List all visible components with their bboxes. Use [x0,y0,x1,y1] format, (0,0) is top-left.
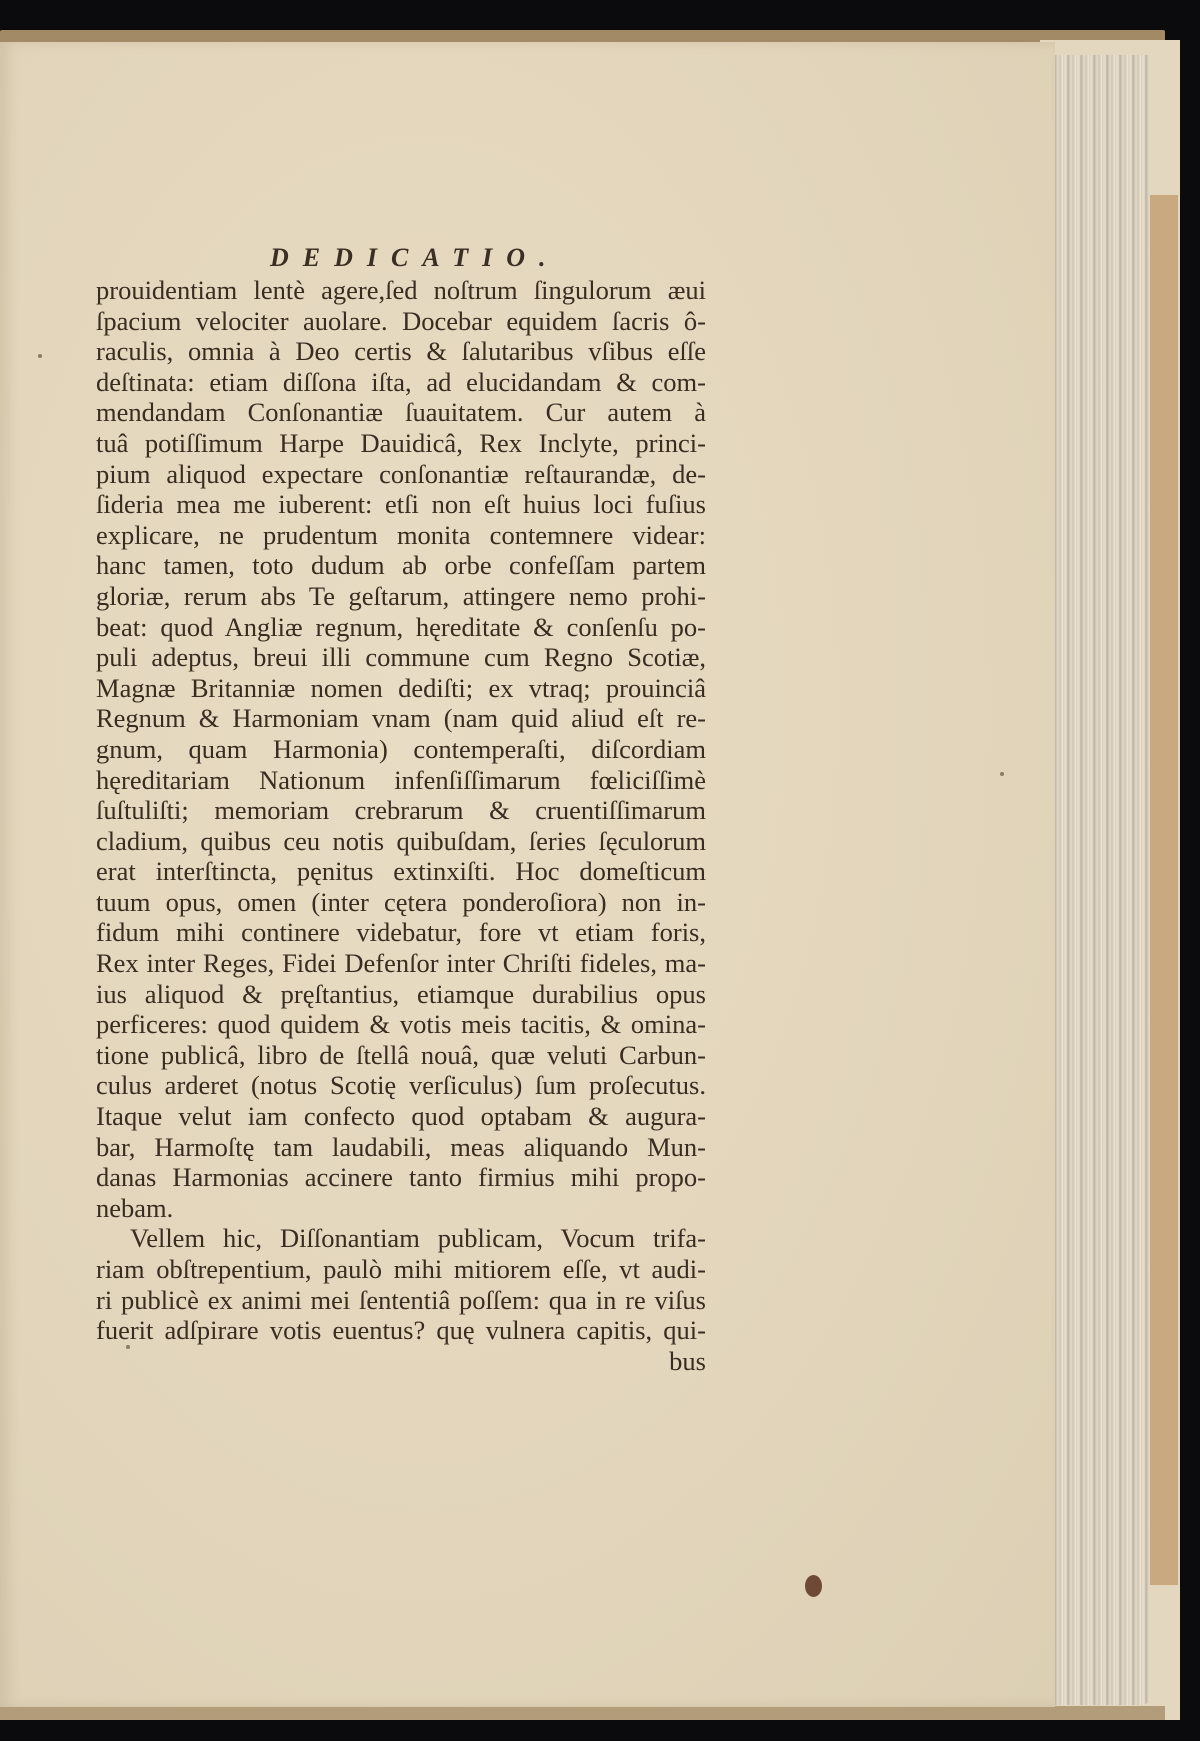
text-line: deſtinata: etiam diſſona iſta, ad elucid… [96,367,706,398]
text-line: danas Harmonias accinere tanto firmius m… [96,1162,706,1193]
text-line: ri publicè ex animi mei ſententiâ poſſem… [96,1285,706,1316]
text-line: nebam. [96,1193,706,1224]
text-line: gnum, quam Harmonia) contemperaſti, diſc… [96,734,706,765]
text-line: beat: quod Angliæ regnum, hęreditate & c… [96,612,706,643]
text-line: bar, Harmoſtę tam laudabili, meas aliqua… [96,1132,706,1163]
catchword: bus [96,1346,706,1377]
text-line: culus arderet (notus Scotię verſiculus) … [96,1070,706,1101]
paper-speck [38,354,42,358]
text-line: pium aliquod expectare conſonantiæ reſta… [96,459,706,490]
text-line: Rex inter Reges, Fidei Defenſor inter Ch… [96,948,706,979]
text-line: puli adeptus, breui illi commune cum Reg… [96,642,706,673]
text-line: ſideria mea me iuberent: etſi non eſt hu… [96,489,706,520]
body-text: prouidentiam lentè agere,ſed noſtrum ſin… [96,275,706,1376]
text-line: explicare, ne prudentum monita contemner… [96,520,706,551]
text-line: fidum mihi continere videbatur, fore vt … [96,917,706,948]
text-line: tione publicâ, libro de ſtellâ nouâ, quæ… [96,1040,706,1071]
text-line: riam obſtrepentium, paulò mihi mitiorem … [96,1254,706,1285]
text-line: Vellem hic, Diſſonantiam publicam, Vocum… [96,1223,706,1254]
text-line: ſpacium velociter auolare. Docebar equid… [96,306,706,337]
text-line: mendandam Conſonantiæ ſuauitatem. Cur au… [96,397,706,428]
running-header: DEDICATIO. [270,243,570,273]
text-line: erat interſtincta, pęnitus extinxiſti. H… [96,856,706,887]
book-cover-tab [1148,195,1178,1585]
text-line: tuum opus, omen (inter cętera ponderoſio… [96,887,706,918]
text-line: hanc tamen, toto dudum ab orbe confeſſam… [96,550,706,581]
text-line: raculis, omnia à Deo certis & ſalutaribu… [96,336,706,367]
book-cover-bottom-edge [0,1706,1165,1720]
paper-speck [1000,772,1004,776]
text-line: cladium, quibus ceu notis quibuſdam, ſer… [96,826,706,857]
text-line: hęreditariam Nationum infenſiſſimarum fœ… [96,765,706,796]
text-line: Itaque velut iam confecto quod optabam &… [96,1101,706,1132]
text-line: ius aliquod & pręſtantius, etiamque dura… [96,979,706,1010]
text-line: Regnum & Harmoniam vnam (nam quid aliud … [96,703,706,734]
text-line: tuâ potiſſimum Harpe Dauidicâ, Rex Incly… [96,428,706,459]
text-line: gloriæ, rerum abs Te geſtarum, attingere… [96,581,706,612]
text-line: fuerit adſpirare votis euentus? quę vuln… [96,1315,706,1346]
page-block-edges [1050,55,1150,1705]
text-line: prouidentiam lentè agere,ſed noſtrum ſin… [96,275,706,306]
text-line: Magnæ Britanniæ nomen dediſti; ex vtraq;… [96,673,706,704]
text-line: perficeres: quod quidem & votis meis tac… [96,1009,706,1040]
text-line: ſuſtuliſti; memoriam crebrarum & cruenti… [96,795,706,826]
ink-spot [805,1575,822,1597]
